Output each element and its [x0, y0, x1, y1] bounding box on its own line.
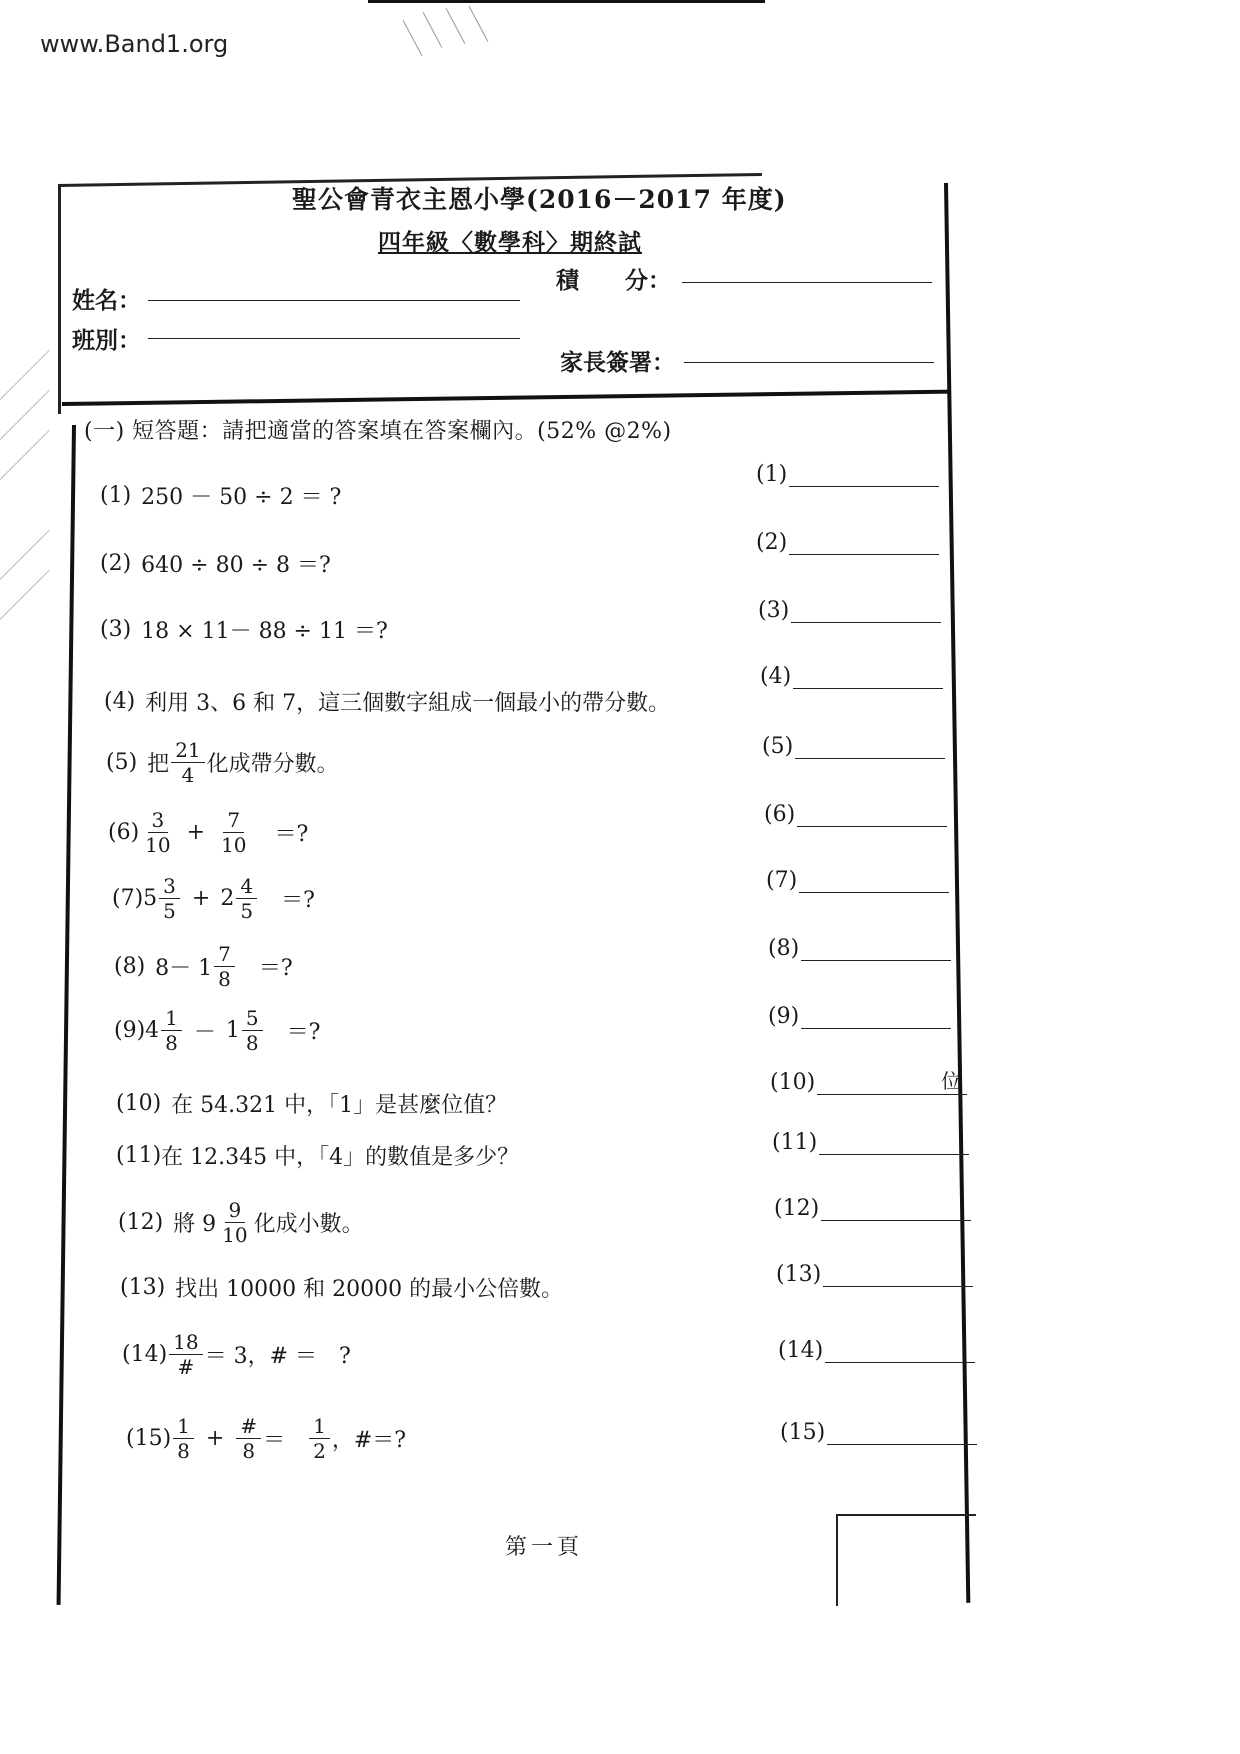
score-label: 積 分：: [556, 262, 671, 295]
answer-line[interactable]: [799, 870, 949, 893]
question-text: 化成帶分數。: [207, 747, 339, 778]
question-text: ＝?: [259, 951, 293, 982]
answer-11[interactable]: (11): [772, 1130, 969, 1155]
answer-line[interactable]: [819, 1132, 969, 1155]
answer-15[interactable]: (15): [780, 1420, 977, 1445]
answer-line[interactable]: [823, 1264, 973, 1287]
answer-number: (8): [768, 936, 799, 961]
question-number: (15): [126, 1426, 171, 1451]
operator: +: [187, 820, 205, 845]
scan-edge-bar: [368, 0, 765, 3]
answer-number: (12): [774, 1196, 819, 1221]
answer-7[interactable]: (7): [766, 868, 949, 893]
page-number: 第一頁: [505, 1530, 583, 1561]
question-number: (13): [120, 1275, 165, 1300]
question-8: (8) 8－ 1 78 ＝?: [114, 944, 293, 989]
question-text: 250 － 50 ÷ 2 ＝ ?: [141, 480, 341, 511]
answer-number: (6): [764, 802, 795, 827]
answer-line[interactable]: [801, 1006, 951, 1029]
fraction: #8: [236, 1416, 261, 1461]
question-7: (7) 5 35 + 2 45 ＝?: [112, 876, 315, 921]
answer-number: (4): [760, 664, 791, 689]
question-text: ＝?: [281, 883, 315, 914]
website-watermark: www.Band1.org: [40, 30, 228, 58]
answer-line[interactable]: [827, 1422, 977, 1445]
operator: +: [206, 1426, 224, 1451]
question-text: 在 12.345 中，「4」的數值是多少？: [161, 1140, 519, 1171]
frame-left-border-header: [58, 186, 61, 414]
question-number: (8): [114, 954, 145, 979]
question-text: 將 9: [173, 1207, 216, 1238]
fraction: 78: [214, 944, 235, 989]
page-score-box: [836, 1514, 976, 1606]
question-text: 把: [147, 747, 169, 778]
fraction: 58: [242, 1008, 263, 1053]
frame-left-border: [57, 425, 76, 1605]
question-text: ＝?: [275, 817, 309, 848]
answer-number: (14): [778, 1338, 823, 1363]
header-divider: [62, 390, 950, 406]
question-13: (13) 找出 10000 和 20000 的最小公倍數。: [120, 1272, 563, 1303]
name-field[interactable]: [148, 300, 520, 301]
question-number: (12): [118, 1210, 163, 1235]
margin-hatch: [0, 350, 50, 400]
question-text: 在 54.321 中，「1」是甚麼位值？: [171, 1088, 507, 1119]
question-15: (15) 18 + #8 ＝ 12 ，#＝?: [126, 1416, 406, 1461]
whole-number: 2: [220, 886, 234, 911]
question-11: (11) 在 12.345 中，「4」的數值是多少？: [116, 1140, 519, 1171]
question-6: (6) 310 + 710 ＝?: [108, 810, 308, 855]
whole-number: 4: [145, 1018, 159, 1043]
question-number: (2): [100, 551, 131, 576]
parent-signature-label: 家長簽署：: [560, 344, 675, 377]
answer-number: (3): [758, 598, 789, 623]
fraction: 45: [236, 876, 257, 921]
class-field[interactable]: [148, 338, 520, 339]
answer-number: (9): [768, 1004, 799, 1029]
answer-1[interactable]: (1): [756, 462, 939, 487]
answer-line[interactable]: [793, 666, 943, 689]
question-text: ＝?: [287, 1015, 321, 1046]
answer-number: (2): [756, 530, 787, 555]
answer-number: (15): [780, 1420, 825, 1445]
scan-scratch: [469, 6, 489, 42]
question-4: (4) 利用 3、6 和 7，這三個數字組成一個最小的帶分數。: [104, 686, 670, 717]
answer-number: (11): [772, 1130, 817, 1155]
answer-number: (5): [762, 734, 793, 759]
margin-hatch: [0, 530, 50, 580]
answer-line[interactable]: 位: [817, 1072, 967, 1095]
question-text: 18 × 11－ 88 ÷ 11 ＝?: [141, 614, 388, 645]
question-14: (14) 18# ＝ 3，# ＝ ?: [122, 1332, 351, 1377]
answer-line[interactable]: [789, 532, 939, 555]
question-number: (6): [108, 820, 139, 845]
answer-line[interactable]: [791, 600, 941, 623]
whole-number: 5: [143, 886, 157, 911]
fraction: 35: [159, 876, 180, 921]
answer-4[interactable]: (4): [760, 664, 943, 689]
answer-line[interactable]: [797, 804, 947, 827]
scan-scratch: [403, 20, 423, 56]
answer-12[interactable]: (12): [774, 1196, 971, 1221]
margin-hatch: [0, 430, 50, 480]
class-label: 班別：: [72, 322, 141, 355]
question-text: ，#＝?: [332, 1423, 406, 1454]
section-heading: (一) 短答題：請把適當的答案填在答案欄內。(52% @2%): [84, 414, 672, 445]
question-10: (10) 在 54.321 中，「1」是甚麼位值？: [116, 1088, 507, 1119]
operator: －: [194, 1015, 216, 1046]
scan-scratch: [446, 8, 466, 44]
answer-14[interactable]: (14): [778, 1338, 975, 1363]
fraction: 18: [173, 1416, 194, 1461]
name-label: 姓名：: [72, 282, 141, 315]
question-text: 找出 10000 和 20000 的最小公倍數。: [175, 1272, 563, 1303]
answer-9[interactable]: (9): [768, 1004, 951, 1029]
question-number: (1): [100, 483, 131, 508]
operator: +: [192, 886, 210, 911]
answer-line[interactable]: [795, 736, 945, 759]
equals: ＝: [263, 1423, 285, 1454]
question-3: (3) 18 × 11－ 88 ÷ 11 ＝?: [100, 614, 388, 645]
fraction: 18: [161, 1008, 182, 1053]
fraction: 214: [171, 740, 204, 785]
parent-signature-field[interactable]: [684, 362, 934, 363]
question-number: (10): [116, 1091, 161, 1116]
question-12: (12) 將 9 910 化成小數。: [118, 1200, 364, 1245]
scan-scratch: [423, 12, 443, 48]
question-number: (4): [104, 689, 135, 714]
question-5: (5) 把 214 化成帶分數。: [106, 740, 339, 785]
exam-title: 四年級〈數學科〉期終試: [378, 224, 642, 257]
answer-number: (13): [776, 1262, 821, 1287]
answer-6[interactable]: (6): [764, 802, 947, 827]
answer-number: (7): [766, 868, 797, 893]
answer-line[interactable]: [789, 464, 939, 487]
question-text: 化成小數。: [254, 1207, 364, 1238]
school-title: 聖公會青衣主恩小學(2016－2017 年度): [292, 180, 787, 216]
question-text: 8－ 1: [155, 951, 212, 982]
question-number: (11): [116, 1143, 161, 1168]
place-value-unit: 位: [941, 1065, 961, 1094]
fraction: 710: [217, 810, 250, 855]
fraction: 12: [309, 1416, 330, 1461]
question-number: (5): [106, 750, 137, 775]
answer-3[interactable]: (3): [758, 598, 941, 623]
question-number: (9): [114, 1018, 145, 1043]
question-1: (1) 250 － 50 ÷ 2 ＝ ?: [100, 480, 341, 511]
question-text: ＝ 3，# ＝ ?: [205, 1339, 351, 1370]
answer-10[interactable]: (10)位: [770, 1070, 967, 1095]
answer-8[interactable]: (8): [768, 936, 951, 961]
answer-number: (10): [770, 1070, 815, 1095]
question-9: (9) 4 18 － 1 58 ＝?: [114, 1008, 320, 1053]
answer-5[interactable]: (5): [762, 734, 945, 759]
margin-hatch: [0, 570, 50, 620]
question-number: (14): [122, 1342, 167, 1367]
margin-hatch: [0, 390, 50, 440]
answer-13[interactable]: (13): [776, 1262, 973, 1287]
answer-number: (1): [756, 462, 787, 487]
fraction: 910: [218, 1200, 251, 1245]
question-number: (7): [112, 886, 143, 911]
fraction: 310: [141, 810, 174, 855]
score-field[interactable]: [682, 282, 932, 283]
question-text: 利用 3、6 和 7，這三個數字組成一個最小的帶分數。: [145, 686, 670, 717]
question-text: 640 ÷ 80 ÷ 8 ＝?: [141, 548, 331, 579]
whole-number: 1: [226, 1018, 240, 1043]
question-2: (2) 640 ÷ 80 ÷ 8 ＝?: [100, 548, 331, 579]
answer-line[interactable]: [801, 938, 951, 961]
answer-2[interactable]: (2): [756, 530, 939, 555]
fraction: 18#: [169, 1332, 202, 1377]
question-number: (3): [100, 617, 131, 642]
answer-line[interactable]: [825, 1340, 975, 1363]
answer-line[interactable]: [821, 1198, 971, 1221]
